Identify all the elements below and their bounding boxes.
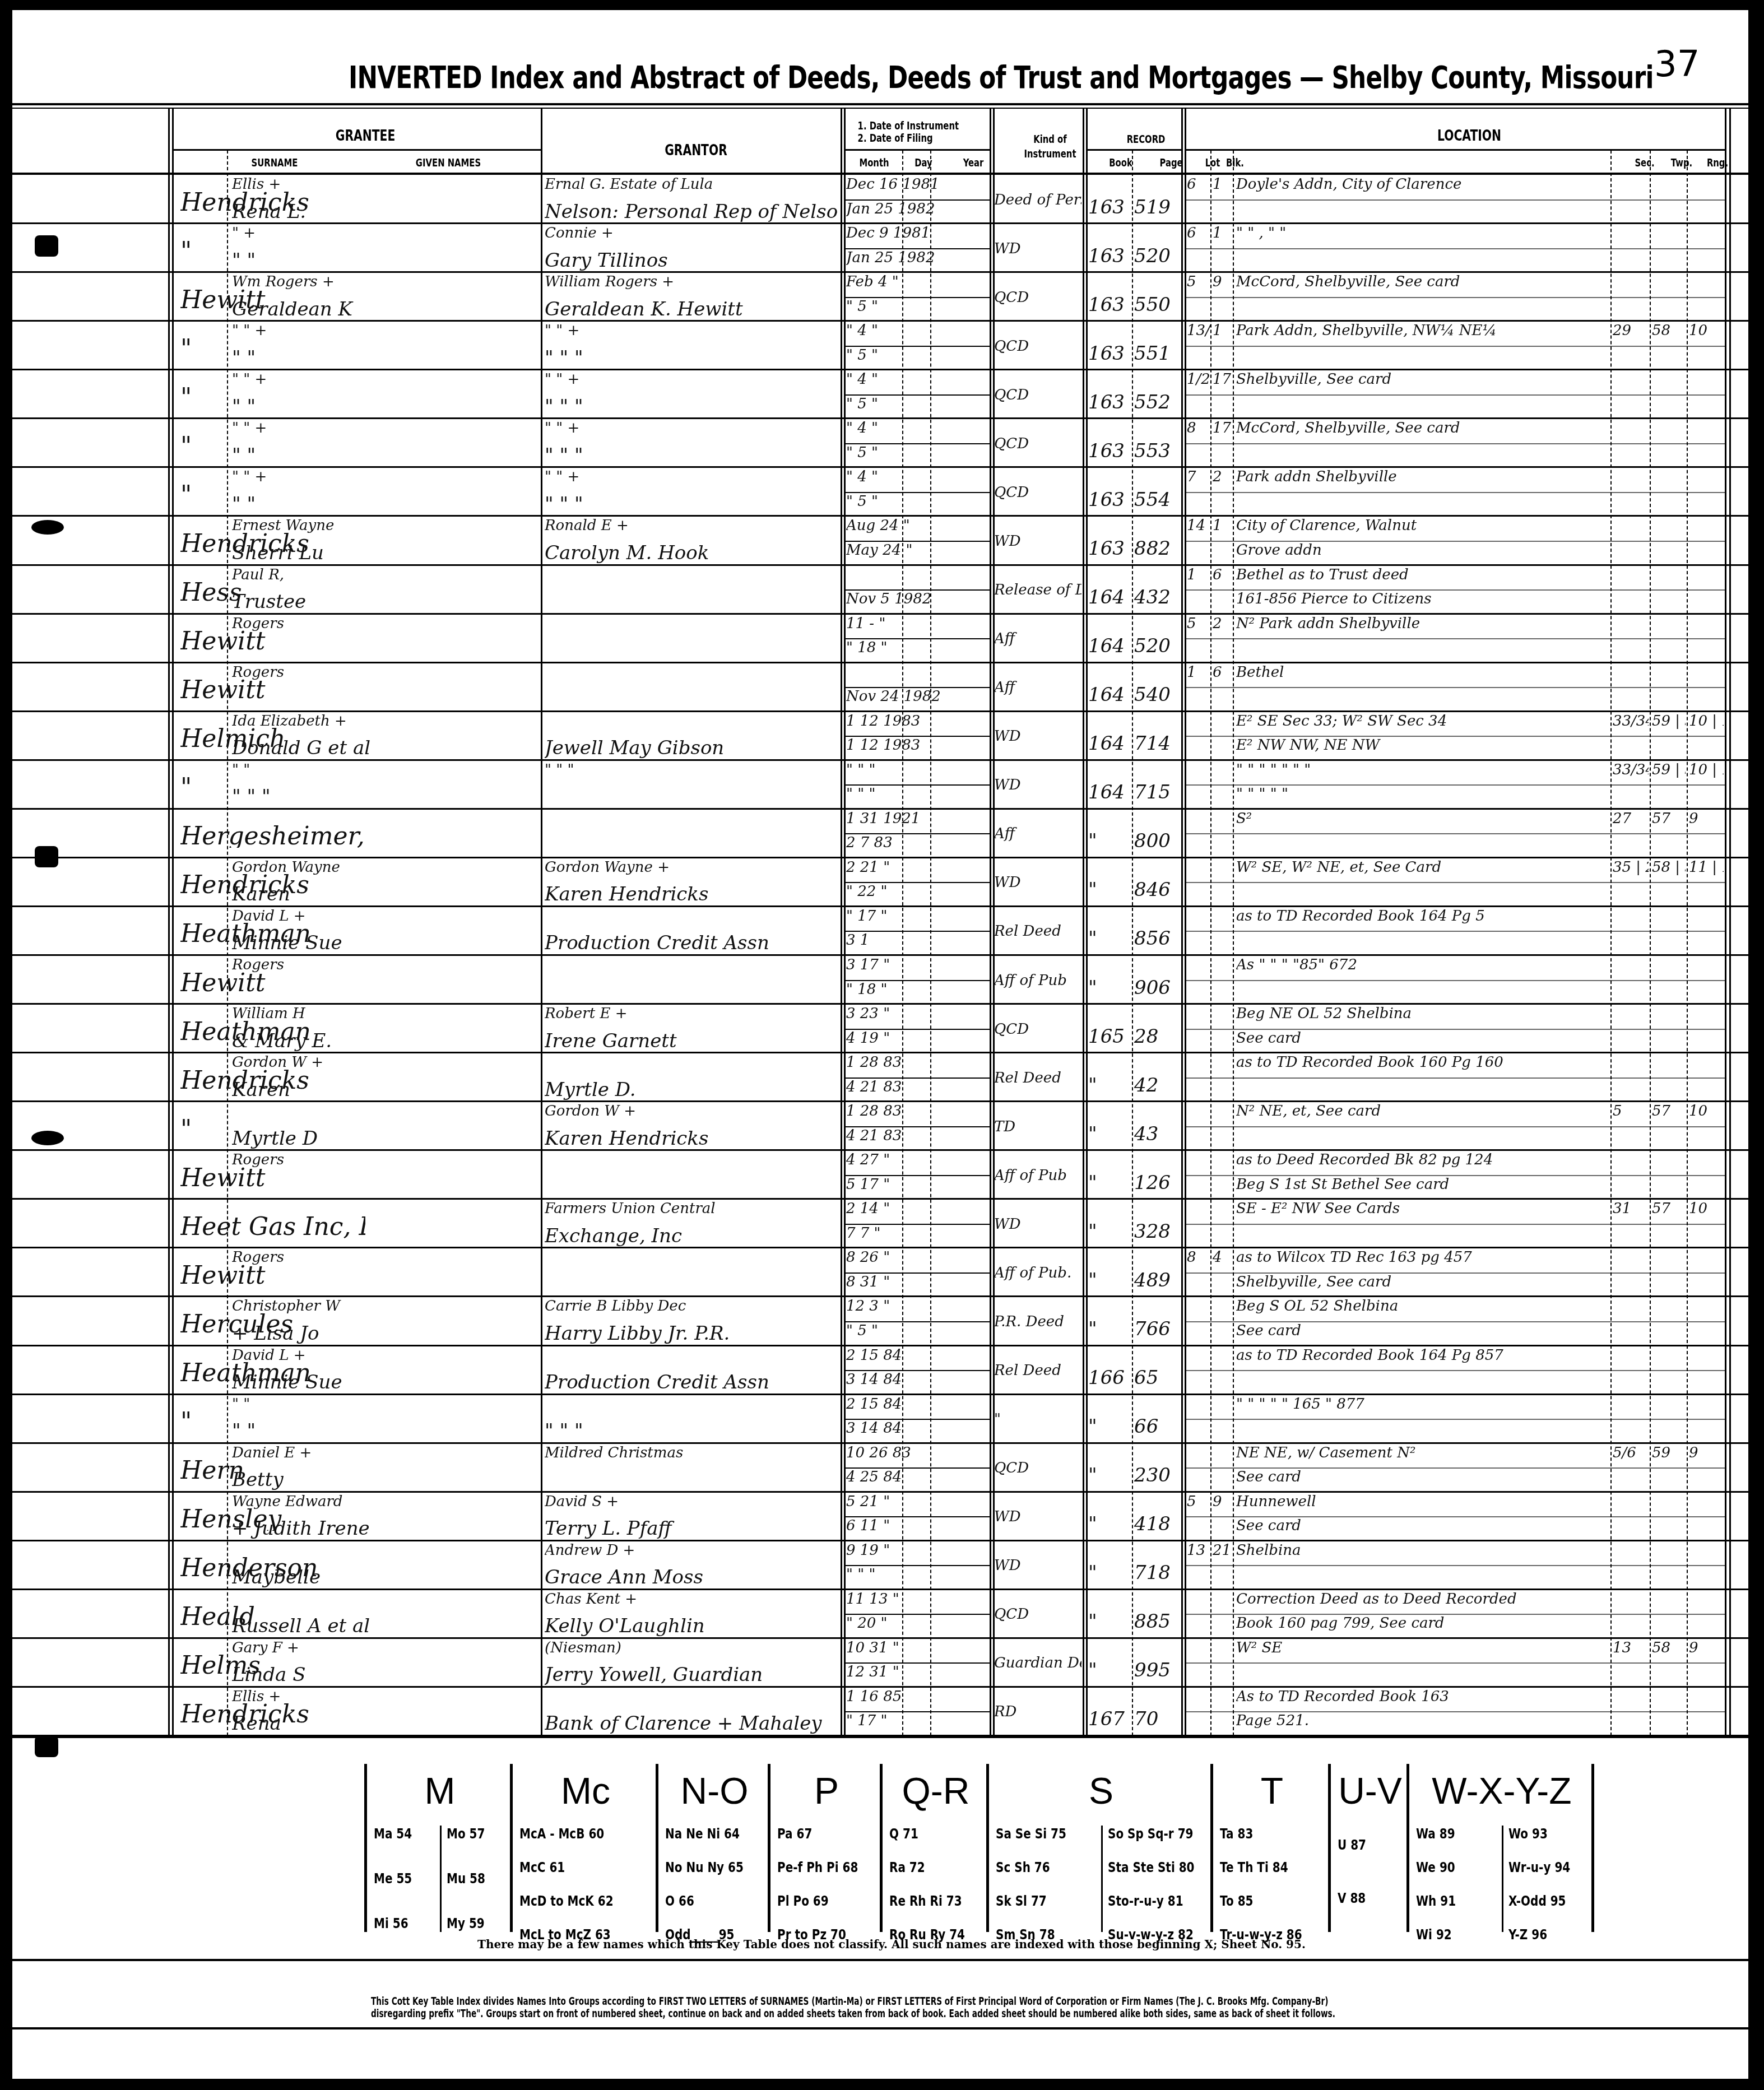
kind-of-instrument: QCD	[994, 1606, 1081, 1623]
kind-of-instrument: WD	[994, 1216, 1081, 1233]
record-book: 163	[1088, 342, 1131, 365]
location-divider	[1185, 346, 1725, 347]
page-number: 37	[1654, 44, 1700, 85]
location-description-2: Page 521.	[1236, 1712, 1606, 1729]
grantee-given-names-2: Karen	[232, 1079, 540, 1101]
header-date-filing: 2. Date of Filing	[858, 132, 972, 145]
record-page: 846	[1134, 879, 1180, 901]
date-of-instrument: 10 26 83	[846, 1445, 986, 1461]
record-page: 540	[1134, 684, 1180, 706]
grantee-given-names-2: & Mary E.	[232, 1030, 540, 1052]
binder-hole-icon	[31, 1131, 64, 1145]
key-group-heading: M	[367, 1769, 513, 1812]
key-table-end	[1591, 1764, 1594, 1932]
kind-of-instrument: Release of Deed	[994, 582, 1081, 598]
location-divider	[1185, 248, 1725, 249]
kind-of-instrument: QCD	[994, 387, 1081, 403]
kind-of-instrument: RD	[994, 1703, 1081, 1720]
record-page: 856	[1134, 927, 1180, 950]
location-lot: 1	[1187, 664, 1210, 681]
location-description-1: Shelbina	[1236, 1542, 1606, 1559]
record-page: 800	[1134, 830, 1180, 852]
location-description-1: Park addn Shelbyville	[1236, 468, 1606, 485]
grantee-given-names-1: Ellis +	[232, 176, 540, 193]
location-description-2: Shelbyville, See card	[1236, 1274, 1606, 1290]
kind-of-instrument: Aff of Pub.	[994, 1265, 1081, 1281]
grantor-line-1: Chas Kent +	[545, 1591, 839, 1608]
top-rule	[12, 103, 1748, 105]
record-page: 66	[1134, 1415, 1180, 1438]
key-entry: Wa 89	[1416, 1826, 1455, 1842]
header-day: Day	[911, 157, 937, 169]
location-description-1: NE NE, w/ Casement N²	[1236, 1445, 1606, 1461]
location-description-1: " " , " "	[1236, 225, 1606, 241]
grantee-given-names-1: " "	[232, 761, 540, 778]
header-kind: Kind of	[1015, 133, 1085, 146]
location-section: 31	[1613, 1200, 1649, 1217]
grantee-given-names-1: Rogers	[232, 615, 540, 632]
key-group-heading: Mc	[513, 1769, 658, 1812]
date-of-instrument: " 17 "	[846, 908, 986, 925]
row-divider	[12, 662, 1748, 663]
key-entry: Ta 83	[1220, 1826, 1253, 1842]
location-description-2: Grove addn	[1236, 542, 1606, 559]
grantee-given-names-2: Russell A et al	[232, 1615, 540, 1637]
record-book: 163	[1088, 489, 1131, 511]
binder-hole-icon	[35, 235, 58, 257]
location-block: 2	[1213, 468, 1232, 485]
location-range: 10	[1689, 1103, 1724, 1120]
record-book: "	[1088, 1562, 1131, 1584]
location-township: 58	[1652, 322, 1686, 339]
key-entry: Pa 67	[777, 1826, 812, 1842]
grantee-given-names-1: Ellis +	[232, 1688, 540, 1705]
header-rng: Rng.	[1702, 157, 1733, 169]
location-divider	[1185, 980, 1725, 981]
header-divider	[844, 149, 990, 151]
location-divider	[1185, 443, 1725, 444]
location-description-1: Bethel as to Trust deed	[1236, 566, 1606, 583]
grantee-given-names-1: " "	[232, 1396, 540, 1413]
location-township: 57	[1652, 1103, 1686, 1120]
date-of-instrument: 1 28 83	[846, 1103, 986, 1120]
date-of-filing: " 5 "	[846, 493, 986, 510]
row-divider	[12, 1295, 1748, 1297]
top-rule	[12, 108, 1748, 109]
location-township: 59	[1652, 1445, 1686, 1461]
key-group-t: TTa 83Te Th Ti 84To 85Tr-u-w-y-z 86	[1210, 1764, 1331, 1932]
grantor-line-2: Geraldean K. Hewitt	[545, 298, 839, 321]
row-divider	[12, 710, 1748, 712]
location-township: 57	[1652, 810, 1686, 827]
date-of-instrument: 3 17 "	[846, 956, 986, 973]
location-township: 59 | 58	[1652, 761, 1686, 778]
key-entry: No Nu Ny 65	[665, 1859, 744, 1875]
date-of-instrument: 2 15 84	[846, 1347, 986, 1364]
column-divider	[1233, 150, 1234, 1736]
location-township: 59 | 58	[1652, 713, 1686, 730]
kind-of-instrument: Aff	[994, 679, 1081, 696]
location-block: 6	[1213, 566, 1232, 583]
location-range: 10 | 10	[1689, 761, 1724, 778]
grantee-given-names-1: Daniel E +	[232, 1445, 540, 1461]
kind-of-instrument: QCD	[994, 435, 1081, 452]
key-entry: McA - McB 60	[519, 1826, 604, 1842]
record-page: 715	[1134, 781, 1180, 804]
grantor-line-2: Kelly O'Laughlin	[545, 1615, 839, 1637]
grantee-given-names-2: " "	[232, 249, 540, 272]
record-page: 995	[1134, 1659, 1180, 1682]
location-range: 10 | 10	[1689, 713, 1724, 730]
row-divider	[12, 1247, 1748, 1248]
grantor-line-1: " " +	[545, 468, 839, 485]
location-lot: 8	[1187, 420, 1210, 436]
grantee-surname: Hergesheimer, George	[180, 825, 365, 848]
key-entry: Mu 58	[447, 1870, 485, 1887]
location-description-1: Hunnewell	[1236, 1493, 1606, 1510]
date-of-instrument: 1 12 1983	[846, 713, 986, 730]
date-of-filing: Jan 25 1982	[846, 249, 986, 266]
header-given-names: GIVEN NAMES	[378, 157, 518, 169]
header-year: Year	[954, 157, 993, 169]
kind-of-instrument: Rel Deed	[994, 1362, 1081, 1379]
location-description-1: as to Wilcox TD Rec 163 pg 457	[1236, 1249, 1606, 1266]
grantor-line-1: Gordon Wayne +	[545, 859, 839, 876]
record-page: 65	[1134, 1367, 1180, 1389]
key-group-mc: McMcA - McB 60McC 61McD to McK 62McL to …	[510, 1764, 658, 1932]
grantee-given-names-2: " "	[232, 396, 540, 418]
location-range: 10	[1689, 322, 1724, 339]
grantor-line-2: Jewell May Gibson	[545, 737, 839, 759]
location-lot: 5	[1187, 273, 1210, 290]
record-page: 882	[1134, 537, 1180, 560]
key-entry: Mo 57	[447, 1826, 485, 1842]
location-description-2: See card	[1236, 1517, 1606, 1534]
key-entry: Sa Se Si 75	[996, 1826, 1066, 1842]
grantor-line-1: Ernal G. Estate of Lula	[545, 176, 839, 193]
location-description-1: S²	[1236, 810, 1606, 827]
row-divider	[12, 857, 1748, 858]
location-divider	[1185, 1419, 1725, 1420]
key-entry: Q 71	[889, 1826, 918, 1842]
location-description-1: W² SE, W² NE, et, See Card	[1236, 859, 1606, 876]
grantee-given-names-2: Minnie Sue	[232, 932, 540, 954]
location-range: 9	[1689, 1445, 1724, 1461]
key-entry: Ra 72	[889, 1859, 925, 1875]
date-of-filing: " 5 "	[846, 1322, 986, 1339]
grantee-given-names-2: Rena L.	[232, 201, 540, 223]
record-page: 766	[1134, 1318, 1180, 1340]
grantee-given-names-1: Gary F +	[232, 1640, 540, 1656]
record-book: "	[1088, 1513, 1131, 1535]
key-group-m: MMa 54Me 55Mi 56Mo 57Mu 58My 59	[364, 1764, 513, 1932]
location-description-1: SE - E² NW See Cards	[1236, 1200, 1606, 1217]
location-divider	[1185, 1224, 1725, 1225]
grantor-line-1: Carrie B Libby Dec	[545, 1298, 839, 1315]
grantee-given-names-2: " "	[232, 493, 540, 515]
location-lot: 6	[1187, 176, 1210, 193]
record-book: "	[1088, 1610, 1131, 1633]
grantee-surname: Hewitt	[180, 972, 365, 995]
grantee-given-names-2: Rena	[232, 1712, 540, 1735]
date-of-filing: " 18 "	[846, 981, 986, 998]
grantor-line-2: Bank of Clarence + Mahaley	[545, 1712, 839, 1735]
location-divider	[1185, 638, 1725, 639]
location-block: 17	[1213, 371, 1232, 388]
record-page: 906	[1134, 977, 1180, 999]
date-of-filing: Jan 25 1982	[846, 201, 986, 217]
location-block: 9	[1213, 273, 1232, 290]
grantee-given-names-1: " " +	[232, 420, 540, 436]
location-block: 2	[1213, 615, 1232, 632]
grantee-given-names-1: Wayne Edward	[232, 1493, 540, 1510]
key-group-q-r: Q-RQ 71Ra 72Re Rh Ri 73Ro Ru Ry 74	[880, 1764, 989, 1932]
grantor-line-2: Harry Libby Jr. P.R.	[545, 1322, 839, 1345]
location-divider	[1185, 394, 1725, 396]
key-entry: Sta Ste Sti 80	[1108, 1859, 1195, 1875]
location-divider	[1185, 1565, 1725, 1566]
location-description-1: Shelbyville, See card	[1236, 371, 1606, 388]
grantee-given-names-1: David L +	[232, 1347, 540, 1364]
key-entry: Te Th Ti 84	[1220, 1859, 1288, 1875]
date-of-filing: Nov 24 1982	[846, 688, 986, 705]
key-entry: So Sp Sq-r 79	[1108, 1826, 1193, 1842]
grantee-surname: Heet Gas Inc, Lewistown	[180, 1216, 365, 1238]
grantor-line-1: William Rogers +	[545, 273, 839, 290]
record-book: "	[1088, 1464, 1131, 1487]
key-entry: Me 55	[374, 1870, 412, 1887]
record-book: 163	[1088, 196, 1131, 219]
date-of-instrument: " " "	[846, 761, 986, 778]
record-page: 70	[1134, 1708, 1180, 1730]
key-subdivider	[1101, 1826, 1103, 1932]
key-group-heading: Q-R	[883, 1769, 989, 1812]
record-page: 328	[1134, 1220, 1180, 1243]
location-description-1: Beg S OL 52 Shelbina	[1236, 1298, 1606, 1315]
location-description-1: W² SE	[1236, 1640, 1606, 1656]
row-divider	[12, 1198, 1748, 1200]
kind-of-instrument: P.R. Deed	[994, 1313, 1081, 1330]
date-of-instrument: " 4 "	[846, 322, 986, 339]
location-description-1: E² SE Sec 33; W² SW Sec 34	[1236, 713, 1606, 730]
key-entry: V 88	[1338, 1890, 1366, 1906]
date-of-filing: 4 25 84	[846, 1469, 986, 1485]
grantee-given-names-2: Geraldean K	[232, 298, 540, 321]
column-divider	[1132, 150, 1133, 1736]
grantee-given-names-1: Paul R,	[232, 566, 540, 583]
location-description-2: Beg S 1st St Bethel See card	[1236, 1176, 1606, 1193]
grantee-surname: Hewitt	[180, 630, 365, 653]
kind-of-instrument: QCD	[994, 338, 1081, 355]
grantee-given-names-2: Karen	[232, 883, 540, 905]
kind-of-instrument: "	[994, 1411, 1081, 1428]
kind-of-instrument: Aff	[994, 630, 1081, 647]
date-of-filing: May 24 "	[846, 542, 986, 559]
location-block: 1	[1213, 225, 1232, 241]
location-description-1: as to TD Recorded Book 164 Pg 5	[1236, 908, 1606, 925]
index-page: INVERTED Index and Abstract of Deeds, De…	[12, 10, 1748, 2079]
location-description-1: McCord, Shelbyville, See card	[1236, 420, 1606, 436]
date-of-filing: " " "	[846, 786, 986, 802]
kind-of-instrument: WD	[994, 1557, 1081, 1574]
kind-of-instrument: WD	[994, 1508, 1081, 1525]
header-record: RECORD	[1109, 133, 1183, 146]
key-entry: Y-Z 96	[1508, 1926, 1547, 1943]
record-book: 163	[1088, 294, 1131, 316]
key-group-heading: T	[1213, 1769, 1331, 1812]
grantor-line-2: Production Credit Assn	[545, 932, 839, 954]
record-page: 520	[1134, 635, 1180, 657]
header-page: Page	[1149, 157, 1193, 169]
binder-hole-icon	[31, 520, 64, 535]
grantor-line-1: Robert E +	[545, 1005, 839, 1022]
date-of-filing: 8 31 "	[846, 1274, 986, 1290]
key-entry: Pl Po 69	[777, 1893, 829, 1909]
kind-of-instrument: Rel Deed	[994, 1070, 1081, 1086]
key-entry: Sto-r-u-y 81	[1108, 1893, 1183, 1909]
grantee-given-names-1: William H	[232, 1005, 540, 1022]
key-group-n-o: N-ONa Ne Ni 64No Nu Ny 65O 66Odd_____95	[656, 1764, 770, 1932]
location-description-1: Bethel	[1236, 664, 1606, 681]
location-description-1: " " " " " " "	[1236, 761, 1606, 778]
location-lot: 5	[1187, 1493, 1210, 1510]
location-divider	[1185, 833, 1725, 834]
record-book: 163	[1088, 391, 1131, 414]
record-page: 718	[1134, 1562, 1180, 1584]
date-of-instrument: 11 13 "	[846, 1591, 986, 1608]
location-range: 9	[1689, 1640, 1724, 1656]
date-of-instrument: 3 23 "	[846, 1005, 986, 1022]
kind-of-instrument: WD	[994, 240, 1081, 257]
location-description-1: N² Park addn Shelbyville	[1236, 615, 1606, 632]
key-entry: Wo 93	[1508, 1826, 1548, 1842]
record-book: 163	[1088, 245, 1131, 267]
grantor-line-1: " " +	[545, 420, 839, 436]
grantee-given-names-1: " " +	[232, 468, 540, 485]
grantee-given-names-2: Donald G et al	[232, 737, 540, 759]
record-page: 553	[1134, 440, 1180, 462]
location-block: 1	[1213, 176, 1232, 193]
record-book: 163	[1088, 440, 1131, 462]
date-of-instrument: 8 26 "	[846, 1249, 986, 1266]
record-page: 550	[1134, 294, 1180, 316]
kind-of-instrument: Aff of Pub	[994, 972, 1081, 989]
key-group-heading: P	[770, 1769, 883, 1812]
record-book: 164	[1088, 684, 1131, 706]
column-divider	[1687, 150, 1688, 1736]
record-page: 43	[1134, 1123, 1180, 1145]
location-description-2: See card	[1236, 1322, 1606, 1339]
kind-of-instrument: QCD	[994, 1021, 1081, 1038]
key-group-w-x-y-z: W-X-Y-ZWa 89We 90Wh 91Wi 92Wo 93Wr-u-y 9…	[1406, 1764, 1594, 1932]
location-block: 1	[1213, 517, 1232, 534]
kind-of-instrument: QCD	[994, 1460, 1081, 1476]
location-description-1: As " " " "85" 672	[1236, 956, 1606, 973]
header-divider	[172, 149, 541, 151]
key-group-p: PPa 67Pe-f Ph Pi 68Pl Po 69Pr to Pz 70	[768, 1764, 883, 1932]
grantor-line-2: Jerry Yowell, Guardian	[545, 1664, 839, 1686]
grantor-line-2: " " "	[545, 493, 839, 515]
grantor-line-2: Terry L. Pfaff	[545, 1517, 839, 1540]
header-rule	[12, 173, 1748, 175]
grantor-line-2: Production Credit Assn	[545, 1371, 839, 1394]
grantee-given-names-1: Gordon Wayne	[232, 859, 540, 876]
kind-of-instrument: WD	[994, 728, 1081, 745]
grantee-surname: Hewitt	[180, 1167, 365, 1190]
kind-of-instrument: WD	[994, 533, 1081, 550]
date-of-instrument: 12 3 "	[846, 1298, 986, 1315]
record-page: 418	[1134, 1513, 1180, 1535]
grantee-given-names-2: Myrtle D	[232, 1127, 540, 1150]
grantee-given-names-1: Gordon W +	[232, 1054, 540, 1071]
location-description-1: " " " " " 165 " 877	[1236, 1396, 1606, 1413]
location-divider	[1185, 199, 1725, 201]
record-page: 714	[1134, 732, 1180, 755]
date-of-filing: " 5 "	[846, 444, 986, 461]
grantor-line-2: Nelson: Personal Rep of Nelson	[545, 201, 839, 223]
header-book: Book	[1099, 157, 1143, 169]
date-of-filing: Nov 5 1982	[846, 591, 986, 607]
record-book: "	[1088, 1318, 1131, 1340]
location-description-1: as to TD Recorded Book 164 Pg 857	[1236, 1347, 1606, 1364]
kind-of-instrument: WD	[994, 874, 1081, 891]
location-divider	[1185, 687, 1725, 688]
date-of-filing: 12 31 "	[846, 1664, 986, 1680]
date-of-instrument: " 4 "	[846, 468, 986, 485]
location-divider	[1185, 297, 1725, 298]
record-book: "	[1088, 977, 1131, 999]
location-divider	[1185, 931, 1725, 932]
grantor-line-2: " " "	[545, 1420, 839, 1442]
grantee-given-names-2: Linda S	[232, 1664, 540, 1686]
key-entry: Wi 92	[1416, 1926, 1452, 1943]
grantor-line-1: " " +	[545, 322, 839, 339]
key-group-heading: N-O	[658, 1769, 770, 1812]
date-of-filing: " 20 "	[846, 1615, 986, 1632]
key-entry: Wr-u-y 94	[1508, 1859, 1570, 1875]
key-group-heading: S	[989, 1769, 1213, 1812]
grantor-line-2: " " "	[545, 396, 839, 418]
grantee-given-names-2: Maybelle	[232, 1566, 540, 1589]
header-instrument: Instrument	[1015, 148, 1085, 160]
grantee-given-names-2: " "	[232, 347, 540, 369]
key-entry: X-Odd 95	[1508, 1893, 1566, 1909]
column-divider	[1210, 150, 1211, 1736]
kind-of-instrument: Rel Deed	[994, 923, 1081, 940]
date-of-filing: 4 21 83	[846, 1127, 986, 1144]
grantee-given-names-2: Betty	[232, 1469, 540, 1491]
grantee-surname: Hewitt	[180, 679, 365, 702]
record-book: 164	[1088, 732, 1131, 755]
location-lot: 6	[1187, 225, 1210, 241]
grantee-given-names-1: " +	[232, 225, 540, 241]
location-description-2: See card	[1236, 1469, 1606, 1485]
header-date-instrument: 1. Date of Instrument	[858, 120, 972, 132]
page-title: INVERTED Index and Abstract of Deeds, De…	[349, 59, 1293, 96]
grantor-line-1: Mildred Christmas	[545, 1445, 839, 1461]
date-of-filing: 4 21 83	[846, 1079, 986, 1095]
header-surname: SURNAME	[192, 157, 358, 169]
location-lot: 13	[1187, 1542, 1210, 1559]
grantor-line-1: Connie +	[545, 225, 839, 241]
grantee-given-names-1: Rogers	[232, 956, 540, 973]
date-of-filing: 3 14 84	[846, 1420, 986, 1437]
record-book: "	[1088, 1172, 1131, 1194]
record-page: 552	[1134, 391, 1180, 414]
header-divider	[1185, 149, 1725, 151]
location-section: 33/34 | 11	[1613, 713, 1649, 730]
kind-of-instrument: QCD	[994, 484, 1081, 501]
